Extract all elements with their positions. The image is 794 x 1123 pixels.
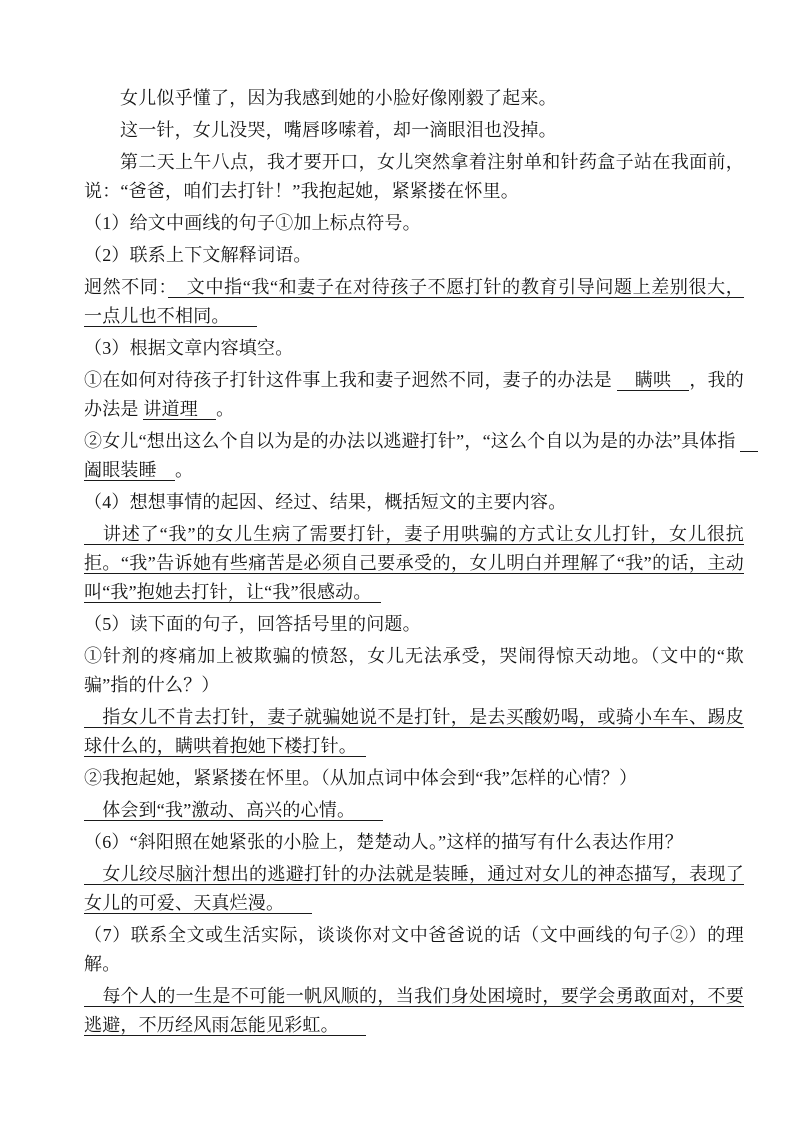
text-run: （3）根据文章内容填空。 [84, 338, 293, 358]
text-run: （2）联系上下文解释词语。 [84, 245, 312, 265]
text-run: 这一针，女儿没哭，嘴唇哆嗦着，却一滴眼泪也没掉。 [120, 120, 557, 140]
answer-5-item-1: 指女儿不肯去打针，妻子就骗她说不是打针，是去买酸奶喝，或骑小车车、踢皮球什么的，… [84, 703, 744, 761]
answer-underline: 指女儿不肯去打针，妻子就骗她说不是打针，是去买酸奶喝，或骑小车车、踢皮球什么的，… [84, 707, 744, 757]
answer-underline: 讲述了“我”的女儿生病了需要打针，妻子用哄骗的方式让女儿打针，女儿很抗拒。“我”… [84, 524, 744, 603]
text-run: （5）读下面的句子，回答括号里的问题。 [84, 614, 421, 634]
question-3: （3）根据文章内容填空。 [84, 334, 744, 363]
answer-underline: 每个人的一生是不可能一帆风顺的，当我们身处困境时，要学会勇敢面对，不要逃避，不历… [84, 986, 744, 1036]
text-run: 第二天上午八点，我才要开口，女儿突然拿着注射单和针药盒子站在我面前，说：“爸爸，… [84, 152, 744, 201]
text-run: （4）想想事情的起因、经过、结果，概括短文的主要内容。 [84, 492, 566, 512]
question-6: （6）“斜阳照在她紧张的小脸上，楚楚动人。”这样的描写有什么表达作用？ [84, 828, 744, 857]
answer-underline: 体会到“我”激动、高兴的心情。 [84, 800, 383, 821]
story-paragraph-1: 女儿似乎懂了，因为我感到她的小脸好像刚毅了起来。 [84, 84, 744, 113]
answer-7: 每个人的一生是不可能一帆风顺的，当我们身处困境时，要学会勇敢面对，不要逃避，不历… [84, 982, 744, 1040]
text-run: 迥然不同： [84, 277, 168, 297]
text-run: 。 [175, 460, 193, 480]
question-5-item-1: ①针剂的疼痛加上被欺骗的愤怒，女儿无法承受，哭闹得惊天动地。（文中的“欺骗”指的… [84, 642, 744, 700]
question-5-item-2: ②我抱起她，紧紧搂在怀里。（从加点词中体会到“我”怎样的心情？） [84, 764, 744, 793]
text-run: ②我抱起她，紧紧搂在怀里。（从加点词中体会到“我”怎样的心情？） [84, 768, 637, 788]
answer-underline: 讲道理 [143, 399, 216, 420]
question-4: （4）想想事情的起因、经过、结果，概括短文的主要内容。 [84, 488, 744, 517]
text-run: （7）联系全文或生活实际，谈谈你对文中爸爸说的话（文中画线的句子②）的理解。 [84, 925, 744, 974]
document-body: 女儿似乎懂了，因为我感到她的小脸好像刚毅了起来。这一针，女儿没哭，嘴唇哆嗦着，却… [84, 84, 744, 1040]
answer-6: 女儿绞尽脑汁想出的逃避打针的办法就是装睡，通过对女儿的神态描写，表现了女儿的可爱… [84, 860, 744, 918]
text-run: 女儿似乎懂了，因为我感到她的小脸好像刚毅了起来。 [120, 88, 557, 108]
answer-underline: 文中指“我“和妻子在对待孩子不愿打针的教育引导问题上差别很大，一点儿也不相同。 [84, 277, 744, 327]
text-run: ①针剂的疼痛加上被欺骗的愤怒，女儿无法承受，哭闹得惊天动地。（文中的“欺骗”指的… [84, 646, 744, 695]
answer-underline: 女儿绞尽脑汁想出的逃避打针的办法就是装睡，通过对女儿的神态描写，表现了女儿的可爱… [84, 864, 744, 914]
text-run: （6）“斜阳照在她紧张的小脸上，楚楚动人。”这样的描写有什么表达作用？ [84, 832, 683, 852]
document-page: 女儿似乎懂了，因为我感到她的小脸好像刚毅了起来。这一针，女儿没哭，嘴唇哆嗦着，却… [0, 0, 794, 1123]
text-run: ①在如何对待孩子打针这件事上我和妻子迥然不同，妻子的办法是 [84, 370, 617, 390]
story-paragraph-3: 第二天上午八点，我才要开口，女儿突然拿着注射单和针药盒子站在我面前，说：“爸爸，… [84, 148, 744, 206]
question-2: （2）联系上下文解释词语。 [84, 241, 744, 270]
question-3-item-2: ②女儿“想出这么个自以为是的办法以逃避打针”，“这么个自以为是的办法”具体指 阖… [84, 427, 744, 485]
question-3-item-1: ①在如何对待孩子打针这件事上我和妻子迥然不同，妻子的办法是 瞒哄 ，我的办法是 … [84, 366, 744, 424]
question-7: （7）联系全文或生活实际，谈谈你对文中爸爸说的话（文中画线的句子②）的理解。 [84, 921, 744, 979]
question-5: （5）读下面的句子，回答括号里的问题。 [84, 610, 744, 639]
answer-4: 讲述了“我”的女儿生病了需要打针，妻子用哄骗的方式让女儿打针，女儿很抗拒。“我”… [84, 520, 744, 607]
question-1: （1）给文中画线的句子①加上标点符号。 [84, 209, 744, 238]
answer-2: 迥然不同： 文中指“我“和妻子在对待孩子不愿打针的教育引导问题上差别很大，一点儿… [84, 273, 744, 331]
answer-5-item-2: 体会到“我”激动、高兴的心情。 [84, 796, 744, 825]
text-run: ②女儿“想出这么个自以为是的办法以逃避打针”，“这么个自以为是的办法”具体指 [84, 431, 740, 451]
story-paragraph-2: 这一针，女儿没哭，嘴唇哆嗦着，却一滴眼泪也没掉。 [84, 116, 744, 145]
text-run: （1）给文中画线的句子①加上标点符号。 [84, 213, 421, 233]
answer-underline: 瞒哄 [617, 370, 690, 391]
text-run: 。 [216, 399, 234, 419]
